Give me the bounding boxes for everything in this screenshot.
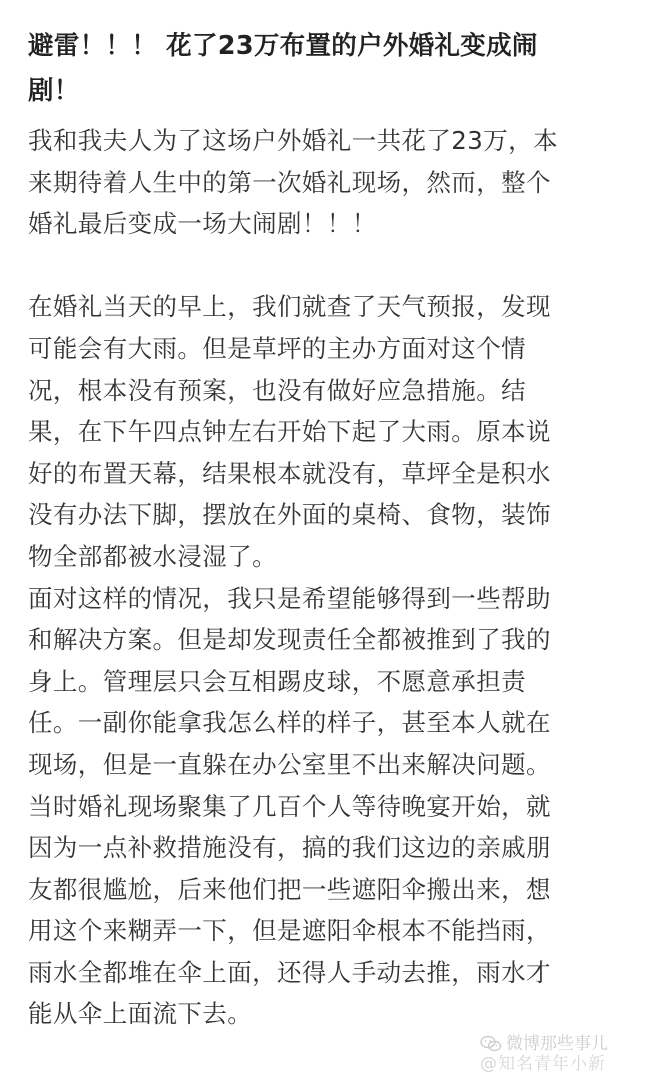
text-line: 和解决方案。但是却发现责任全都被推到了我的 (28, 619, 648, 661)
text-line: 物全部都被水浸湿了。 (28, 536, 648, 578)
title-line: 剧！ (28, 69, 648, 114)
text-line: 身上。管理层只会互相踢皮球，不愿意承担责 (28, 661, 648, 703)
text-line: 婚礼最后变成一场大闹剧！！！ (28, 203, 648, 245)
text-line: 雨水全都堆在伞上面，还得人手动去推，雨水才 (28, 952, 648, 994)
watermark-source: 微博那些事儿 (506, 1034, 608, 1054)
text-line: 可能会有大雨。但是草坪的主办方面对这个情 (28, 328, 648, 370)
title-line: 避雷！！！ 花了23万布置的户外婚礼变成闹 (28, 24, 648, 69)
article-body: 我和我夫人为了这场户外婚礼一共花了23万，本 来期待着人生中的第一次婚礼现场，然… (28, 120, 648, 1035)
text-line: 况，根本没有预案，也没有做好应急措施。结 (28, 370, 648, 412)
article-title: 避雷！！！ 花了23万布置的户外婚礼变成闹 剧！ (28, 0, 648, 114)
text-line: 我和我夫人为了这场户外婚礼一共花了23万，本 (28, 120, 648, 162)
paragraph: 我和我夫人为了这场户外婚礼一共花了23万，本 来期待着人生中的第一次婚礼现场，然… (28, 120, 648, 245)
text-line: 好的布置天幕，结果根本就没有，草坪全是积水 (28, 453, 648, 495)
wechat-icon (480, 1035, 502, 1053)
watermark-source-row: 微博那些事儿 (480, 1034, 650, 1054)
text-line: 面对这样的情况，我只是希望能够得到一些帮助 (28, 578, 648, 620)
text-line: 用这个来糊弄一下，但是遮阳伞根本不能挡雨， (28, 910, 648, 952)
text-line: 任。一副你能拿我怎么样的样子，甚至本人就在 (28, 702, 648, 744)
paragraph: 在婚礼当天的早上，我们就查了天气预报，发现 可能会有大雨。但是草坪的主办方面对这… (28, 286, 648, 1035)
text-line: 在婚礼当天的早上，我们就查了天气预报，发现 (28, 286, 648, 328)
text-line: 因为一点补救措施没有，搞的我们这边的亲戚朋 (28, 827, 648, 869)
watermark: 微博那些事儿 @知名青年小新 (480, 1034, 650, 1074)
article: 避雷！！！ 花了23万布置的户外婚礼变成闹 剧！ 我和我夫人为了这场户外婚礼一共… (28, 0, 648, 1035)
text-line: 果，在下午四点钟左右开始下起了大雨。原本说 (28, 411, 648, 453)
watermark-handle: @知名青年小新 (480, 1054, 650, 1074)
text-line: 友都很尴尬，后来他们把一些遮阳伞搬出来，想 (28, 869, 648, 911)
text-line: 来期待着人生中的第一次婚礼现场，然而，整个 (28, 162, 648, 204)
text-line: 现场，但是一直躲在办公室里不出来解决问题。 (28, 744, 648, 786)
text-line: 当时婚礼现场聚集了几百个人等待晚宴开始，就 (28, 786, 648, 828)
paragraph-spacer (28, 245, 648, 287)
text-line: 没有办法下脚，摆放在外面的桌椅、食物，装饰 (28, 494, 648, 536)
text-line: 能从伞上面流下去。 (28, 993, 648, 1035)
